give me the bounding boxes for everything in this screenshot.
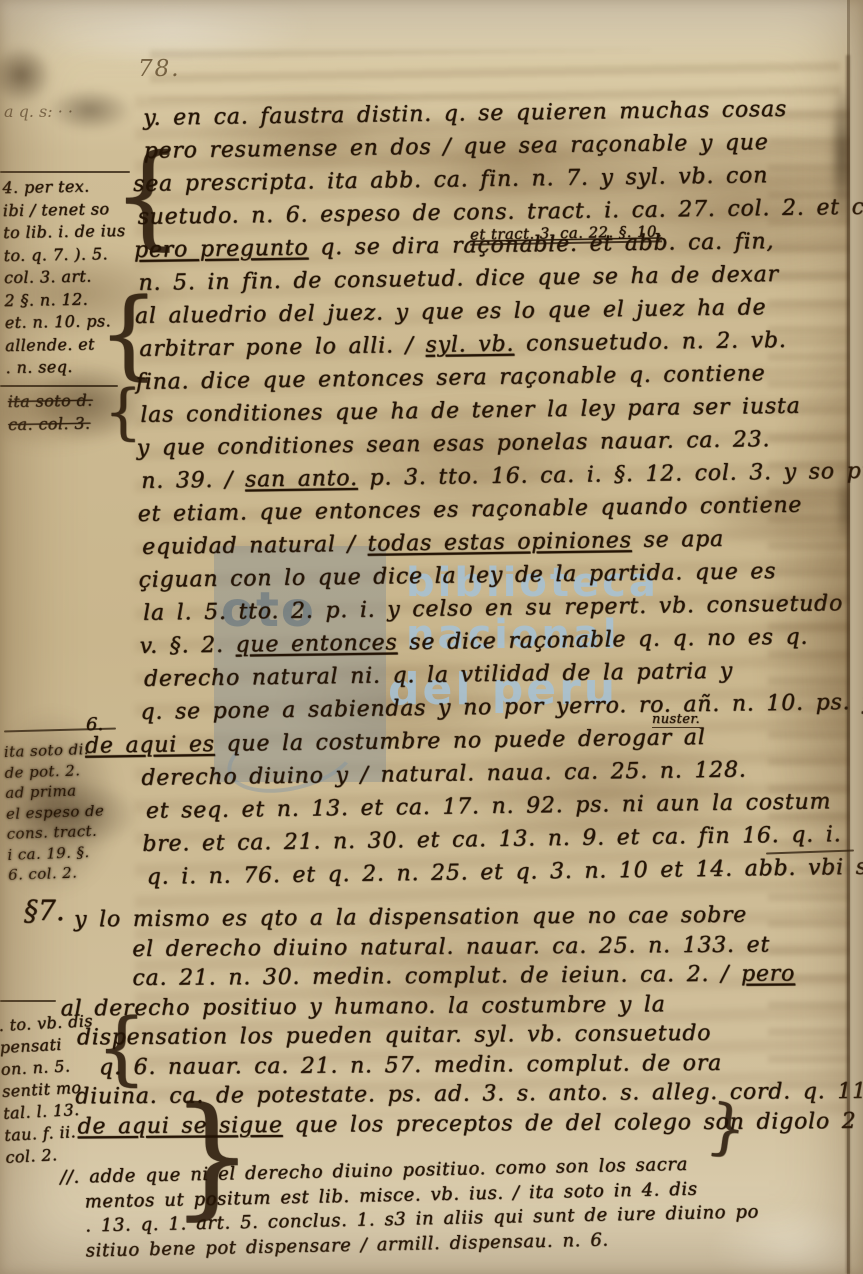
text-segment: el derecho diuino natural. nauar. ca. 25…: [132, 932, 770, 961]
text-segment: allende. et: [5, 334, 95, 355]
bleedthrough-texture-top: [150, 50, 840, 100]
text-line: ca. col. 3.: [8, 411, 128, 436]
text-segment: y. en ca. faustra distin. q. se quieren …: [143, 97, 787, 131]
text-segment: ca. 21. n. 30. medin. complut. de ieiun.…: [132, 962, 741, 991]
text-segment: i ca. 19. §.: [7, 843, 90, 864]
text-segment: diuina. ca. de potestate. ps. ad. 3. s. …: [75, 1078, 863, 1109]
text-segment: ita soto di.: [4, 740, 90, 761]
margin-note-block-2-struck: ita soto d.ca. col. 3.: [8, 389, 129, 436]
text-segment: 4. per tex.: [2, 177, 90, 198]
section-mark: §7.: [24, 894, 65, 927]
text-segment: tau. f. ii.: [4, 1122, 77, 1145]
text-segment: el espeso de: [6, 801, 105, 822]
text-segment: to. q. 7. ). 5.: [3, 244, 108, 265]
text-line: y lo mismo es qto a la dispensation que …: [74, 899, 863, 935]
text-line: 6. col. 2.: [8, 861, 127, 886]
text-segment: et. n. 10. ps.: [5, 311, 112, 332]
text-line: et. n. 10. ps.: [5, 310, 131, 335]
main-text-block-lower: y lo mismo es qto a la dispensation que …: [132, 899, 863, 1141]
text-segment: ibi / tenet so: [3, 199, 110, 220]
text-segment: et etiam. que entonces es raçonable quan…: [138, 493, 803, 527]
text-line: ita soto d.: [8, 389, 128, 414]
text-segment: to lib. i. de ius: [3, 221, 126, 242]
underlined-text: de aqui es: [85, 732, 215, 759]
text-segment: ca. col. 3.: [8, 413, 91, 433]
margin-note-block-1: 4. per tex.ibi / tenet soto lib. i. de i…: [2, 175, 132, 380]
text-segment: çiguan con lo que dice la ley de la part…: [139, 559, 777, 593]
text-segment: . n. seq.: [5, 357, 73, 377]
text-segment: p. 3. tto. 16. ca. i. §. 12. col. 3. y s…: [358, 458, 863, 490]
text-segment: las conditiones que ha de tener la ley p…: [140, 394, 800, 428]
manuscript-page: oto biblioteca nacional del peru 78. a q…: [0, 0, 863, 1274]
text-line: 4. per tex.: [2, 175, 128, 200]
text-segment: equidad natural /: [142, 532, 368, 560]
text-segment: ita soto d.: [8, 391, 93, 411]
footnote-block: //. adde que ni el derecho diuino positi…: [60, 1151, 760, 1264]
text-segment: pensati: [0, 1035, 62, 1057]
text-segment: sentit mo: [2, 1078, 82, 1101]
underlined-text: que entonces: [235, 630, 397, 657]
text-segment: al derecho positiuo y humano. la costumb…: [61, 992, 666, 1021]
underlined-text: pero: [741, 961, 795, 986]
text-segment: se apa: [632, 527, 725, 553]
text-segment: v. §. 2.: [139, 633, 235, 659]
text-segment: y lo mismo es qto a la dispensation que …: [74, 903, 747, 933]
text-segment: al aluedrio del juez. y que es lo que el…: [135, 295, 767, 329]
text-line: 2 §. n. 12.: [4, 287, 130, 312]
text-line: diuina. ca. de potestate. ps. ad. 3. s. …: [75, 1076, 863, 1112]
text-segment: on. n. 5.: [0, 1056, 70, 1079]
underlined-text: de aqui se sigue: [77, 1112, 282, 1138]
text-segment: sea prescripta. ita abb. ca. fin. n. 7. …: [133, 163, 768, 197]
text-line: ibi / tenet so: [3, 197, 129, 222]
underlined-text: todas estas opiniones: [367, 528, 632, 557]
underlined-text: syl. vb.: [425, 332, 514, 358]
text-line: ca. 21. n. 30. medin. complut. de ieiun.…: [132, 958, 863, 993]
text-segment: que la costumbre no puede derogar al: [215, 725, 706, 757]
text-segment: tal. l. 13.: [3, 1100, 80, 1123]
text-segment: q. se dira raçonable. et abb. ca. fin,: [308, 229, 774, 261]
margin-fragment: a q. s: · ·: [4, 102, 73, 121]
text-line: to lib. i. de ius: [3, 220, 129, 245]
text-segment: n. 39. /: [141, 467, 245, 493]
text-segment: derecho diuino y / natural. naua. ca. 25…: [141, 757, 746, 790]
folio-number: 78.: [138, 56, 181, 82]
text-line: col. 3. art.: [4, 265, 130, 290]
text-segment: q. 6. nauar. ca. 21. n. 57. medin. compl…: [99, 1050, 722, 1079]
text-segment: col. 2.: [5, 1145, 58, 1167]
text-line: allende. et: [5, 332, 131, 357]
main-text-block-upper: y. en ca. faustra distin. q. se quieren …: [132, 89, 863, 893]
text-segment: que los preceptos de del colego son digo…: [283, 1108, 857, 1137]
text-line: to. q. 7. ). 5.: [3, 242, 129, 267]
text-segment: se dice raçonable q. q. no es q.: [397, 625, 808, 656]
text-segment: cons. tract.: [6, 822, 97, 843]
ink-rule: [0, 1000, 56, 1002]
text-segment: consuetudo. n. 2. vb.: [514, 328, 787, 357]
text-segment: de pot. 2.: [4, 761, 80, 782]
text-segment: q. se pone a sabiendas y no por yerro. r…: [140, 689, 863, 725]
text-segment: fina. dice que entonces sera raçonable q…: [136, 361, 766, 395]
text-segment: pero resumense en dos / que sea raçonabl…: [144, 130, 769, 164]
text-segment: dispensation los pueden quitar. syl. vb.…: [77, 1021, 712, 1050]
underlined-text: pero pregunto: [134, 236, 309, 263]
text-segment: col. 3. art.: [4, 267, 92, 288]
text-segment: derecho natural ni. q. la vtilidad de la…: [144, 659, 733, 692]
ink-rule: [0, 171, 130, 173]
text-segment: y que conditiones sean esas ponelas naua…: [137, 427, 771, 461]
text-line: de aqui se sigue que los preceptos de de…: [77, 1106, 863, 1141]
text-segment: n. 5. in fin. de consuetud. dice que se …: [138, 262, 779, 296]
text-segment: 6. col. 2.: [8, 864, 78, 884]
underlined-text: san anto.: [245, 466, 358, 493]
text-segment: 2 §. n. 12.: [4, 289, 88, 309]
text-segment: arbitrar pone lo alli. /: [139, 333, 425, 362]
text-line: . n. seq.: [5, 355, 131, 380]
text-segment: et seq. et n. 13. et ca. 17. n. 92. ps. …: [146, 789, 832, 824]
text-segment: ad prima: [5, 782, 77, 802]
